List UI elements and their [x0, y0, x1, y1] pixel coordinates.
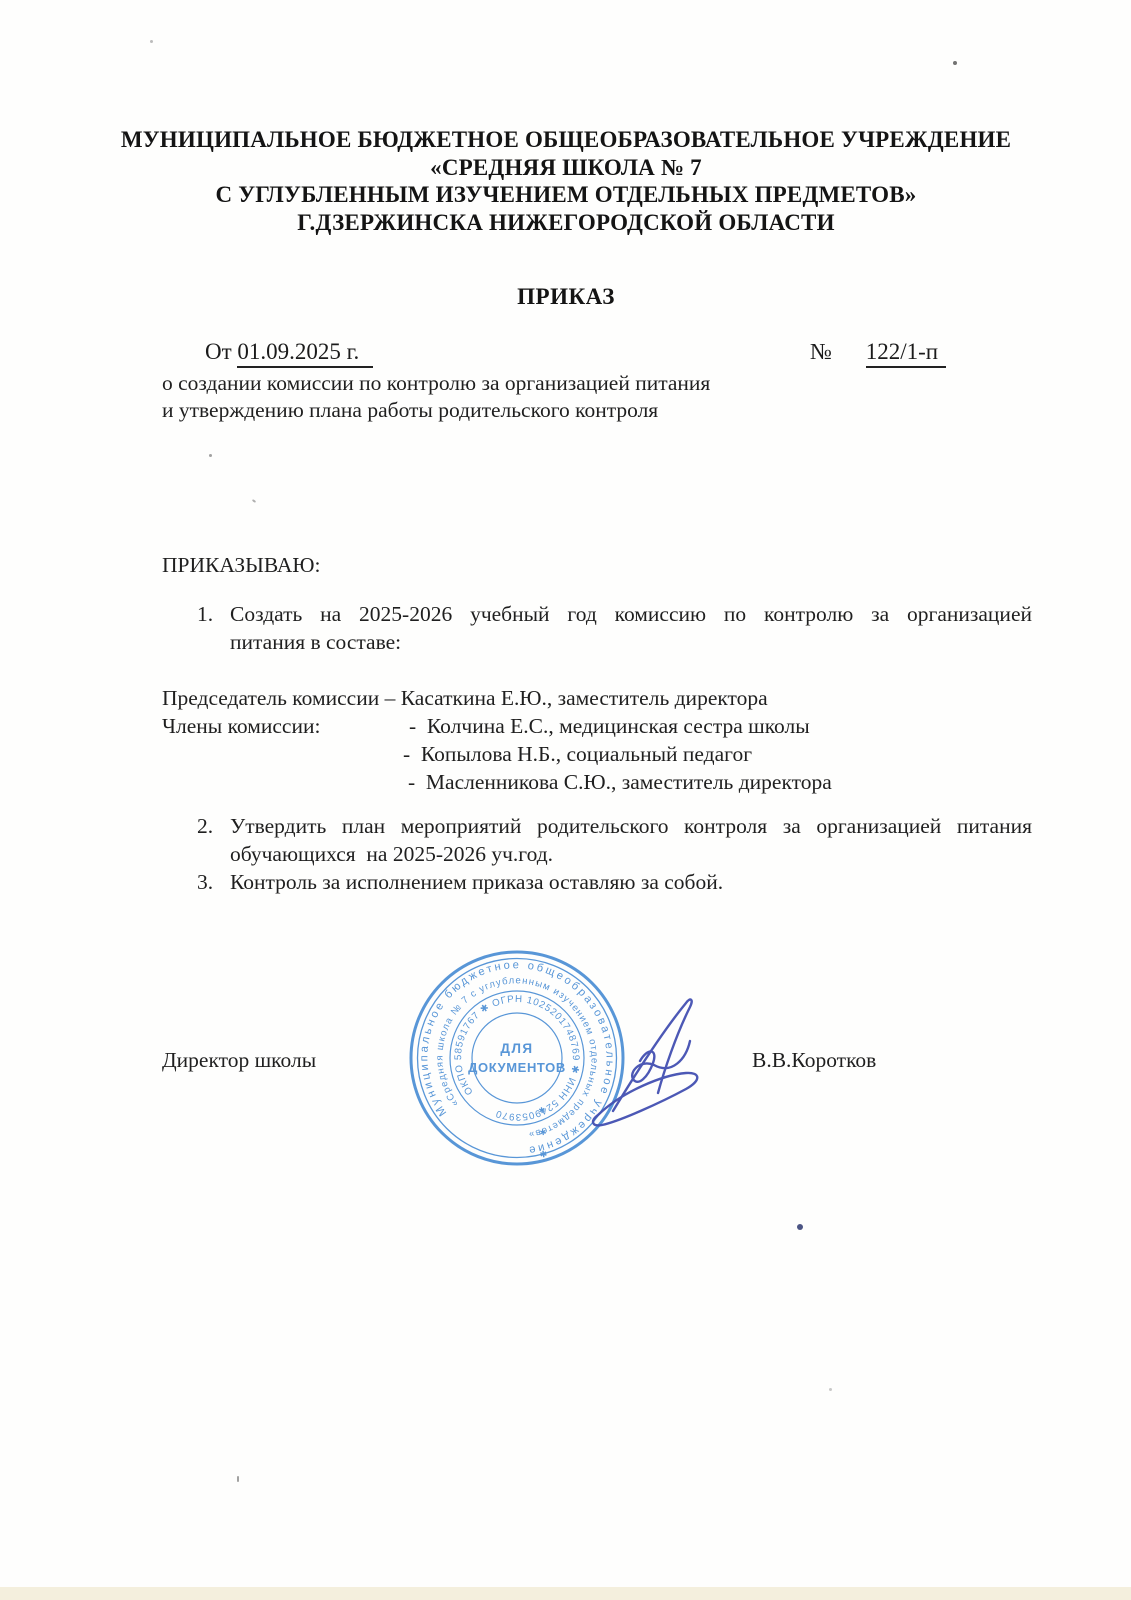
number-sign: №: [810, 339, 832, 364]
item1-number: 1.: [197, 600, 213, 628]
commission-member-3: - Масленникова С.Ю., заместитель директо…: [408, 768, 832, 796]
stamp-center-line-2: ДОКУМЕНТОВ: [468, 1060, 566, 1075]
item1-line-1: Создать на 2025-2026 учебный год комисси…: [230, 600, 1032, 628]
item3-text: Контроль за исполнением приказа оставляю…: [230, 868, 723, 896]
date-prefix: От: [205, 339, 232, 364]
scanned-order-document: МУНИЦИПАЛЬНОЕ БЮДЖЕТНОЕ ОБЩЕОБРАЗОВАТЕЛЬ…: [0, 0, 1131, 1600]
document-title: ПРИКАЗ: [66, 284, 1066, 310]
item2-line-2: обучающихся на 2025-2026 уч.год.: [230, 840, 553, 868]
scan-speck: [150, 40, 153, 43]
scan-speck: [209, 454, 212, 457]
item3-number: 3.: [197, 868, 213, 896]
number-value: 122/1-п: [866, 339, 946, 368]
subject-line-2: и утверждению плана работы родительского…: [162, 396, 658, 424]
subject-line-1: о создании комиссии по контролю за орган…: [162, 369, 710, 397]
commission-members-label: Члены комиссии:: [162, 712, 320, 740]
date-line: От 01.09.2025 г.: [205, 339, 373, 368]
commission-chair-line: Председатель комиссии – Касаткина Е.Ю., …: [162, 684, 768, 712]
order-word: ПРИКАЗЫВАЮ:: [162, 551, 320, 579]
scan-speck: [252, 499, 256, 503]
letterhead: МУНИЦИПАЛЬНОЕ БЮДЖЕТНОЕ ОБЩЕОБРАЗОВАТЕЛЬ…: [66, 126, 1066, 236]
stamp-center-line-1: ДЛЯ: [500, 1041, 533, 1056]
commission-member-2: - Копылова Н.Б., социальный педагог: [403, 740, 752, 768]
letterhead-line-2: «СРЕДНЯЯ ШКОЛА № 7: [66, 154, 1066, 182]
stamp-star-1: ✱: [539, 1149, 548, 1160]
director-signature: [588, 983, 723, 1133]
item2-line-1: Утвердить план мероприятий родительского…: [230, 812, 1032, 840]
scan-speck: [237, 1476, 239, 1482]
item2-number: 2.: [197, 812, 213, 840]
ink-speck: [797, 1224, 803, 1230]
commission-member-1: - Колчина Е.С., медицинская сестра школы: [409, 712, 810, 740]
letterhead-line-3: С УГЛУБЛЕННЫМ ИЗУЧЕНИЕМ ОТДЕЛЬНЫХ ПРЕДМЕ…: [66, 181, 1066, 209]
scan-edge-strip: [0, 1587, 1131, 1600]
item1-line-2: питания в составе:: [230, 628, 401, 656]
signoff-name: В.В.Коротков: [752, 1046, 876, 1074]
letterhead-line-1: МУНИЦИПАЛЬНОЕ БЮДЖЕТНОЕ ОБЩЕОБРАЗОВАТЕЛЬ…: [66, 126, 1066, 154]
date-value: 01.09.2025 г.: [237, 339, 373, 368]
signoff-role: Директор школы: [162, 1046, 316, 1074]
number-line: № 122/1-п: [810, 339, 946, 368]
scan-speck: [829, 1388, 832, 1391]
scan-speck: [953, 61, 957, 65]
letterhead-line-4: Г.ДЗЕРЖИНСКА НИЖЕГОРОДСКОЙ ОБЛАСТИ: [66, 209, 1066, 237]
